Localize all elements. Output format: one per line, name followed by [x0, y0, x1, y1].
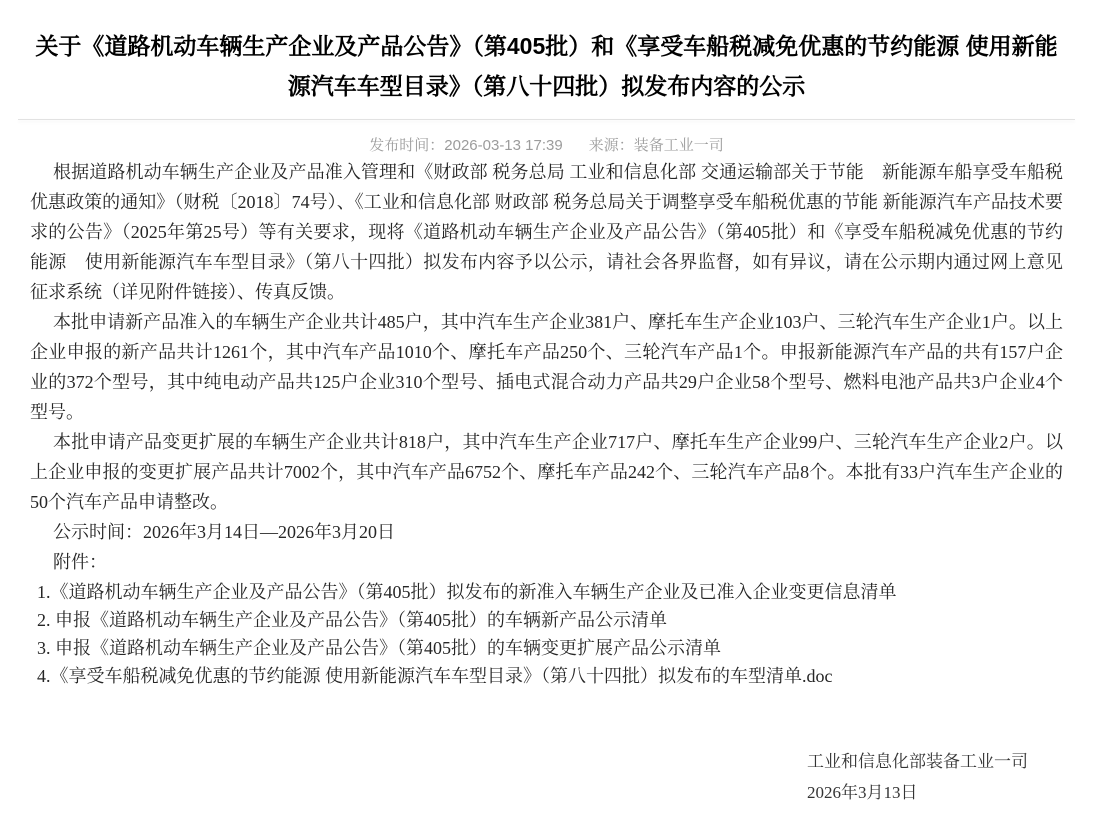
- attachment-link-1[interactable]: 1.《道路机动车辆生产企业及产品公告》（第405批）拟发布的新准入车辆生产企业及…: [30, 578, 1063, 606]
- signature-inner: 工业和信息化部装备工业一司 2026年3月13日: [807, 746, 1028, 808]
- source-value: 装备工业一司: [634, 137, 724, 154]
- paragraph-new-products: 本批申请新产品准入的车辆生产企业共计485户，其中汽车生产企业381户、摩托车生…: [30, 307, 1063, 427]
- source-label: 来源：: [589, 137, 634, 154]
- meta-bar: 发布时间：2026-03-13 17:39来源：装备工业一司: [0, 135, 1093, 157]
- paragraph-changed-products: 本批申请产品变更扩展的车辆生产企业共计818户，其中汽车生产企业717户、摩托车…: [30, 427, 1063, 517]
- title-divider: [18, 119, 1075, 120]
- signature-department: 工业和信息化部装备工业一司: [807, 746, 1028, 777]
- document-body: 根据道路机动车辆生产企业及产品准入管理和《财政部 税务总局 工业和信息化部 交通…: [30, 157, 1063, 808]
- signature-block: 工业和信息化部装备工业一司 2026年3月13日: [30, 746, 1063, 808]
- publish-time-label: 发布时间：: [369, 137, 444, 154]
- page-title: 关于《道路机动车辆生产企业及产品公告》（第405批）和《享受车船税减免优惠的节约…: [28, 0, 1065, 106]
- publish-time-value: 2026-03-13 17:39: [444, 137, 562, 154]
- paragraph-basis: 根据道路机动车辆生产企业及产品准入管理和《财政部 税务总局 工业和信息化部 交通…: [30, 157, 1063, 307]
- attachment-link-2[interactable]: 2. 申报《道路机动车辆生产企业及产品公告》（第405批）的车辆新产品公示清单: [30, 606, 1063, 634]
- attachment-link-4[interactable]: 4.《享受车船税减免优惠的节约能源 使用新能源汽车车型目录》（第八十四批）拟发布…: [30, 662, 1063, 690]
- attachments-list: 1.《道路机动车辆生产企业及产品公告》（第405批）拟发布的新准入车辆生产企业及…: [30, 578, 1063, 690]
- attachments-label: 附件：: [30, 547, 1063, 577]
- notice-period: 公示时间：2026年3月14日—2026年3月20日: [30, 517, 1063, 547]
- attachment-link-3[interactable]: 3. 申报《道路机动车辆生产企业及产品公告》（第405批）的车辆变更扩展产品公示…: [30, 634, 1063, 662]
- signature-date: 2026年3月13日: [807, 777, 1028, 808]
- announcement-page: 关于《道路机动车辆生产企业及产品公告》（第405批）和《享受车船税减免优惠的节约…: [0, 0, 1093, 820]
